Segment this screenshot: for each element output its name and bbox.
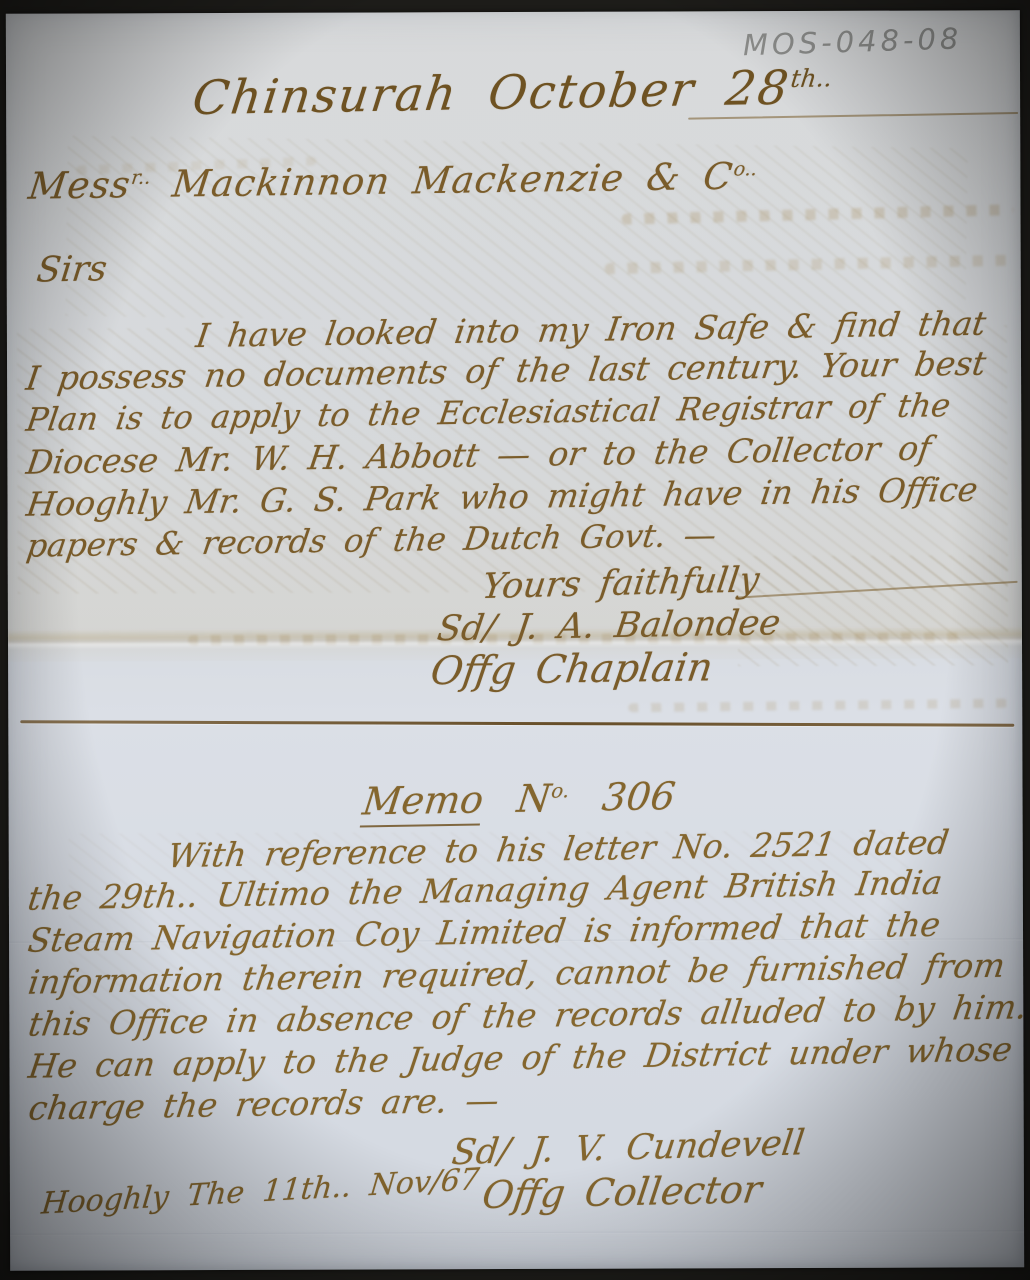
memo-number-text: 306 xyxy=(566,774,678,820)
letter-closing: Yours faithfully xyxy=(480,563,761,605)
memo-signature: Sd/ J. V. Cundevell xyxy=(450,1126,807,1171)
addressee-text: Mackinnon Mackenzie & C xyxy=(147,155,735,206)
addressee-superscript: o.. xyxy=(732,157,758,180)
paper-sheet: MOS-048-08 Chinsurah October 28th.. Mess… xyxy=(6,10,1024,1271)
crease-line xyxy=(10,1230,1024,1236)
memo-number-text: N xyxy=(515,776,554,821)
memo-signature-title: Offg Collector xyxy=(480,1170,764,1214)
letter-salutation: Sirs xyxy=(35,252,109,289)
memo-heading-word: Memo xyxy=(360,777,486,827)
letter-dateline: Chinsurah October 28th.. xyxy=(190,64,834,122)
memo-body-line: charge the records are. — xyxy=(27,1083,501,1124)
letter-body-line: papers & records of the Dutch Govt. — xyxy=(25,519,719,562)
letter-signature: Sd/ J. A. Balondee xyxy=(435,606,783,647)
ghost-bleedthrough-text xyxy=(628,699,1008,713)
archive-code: MOS-048-08 xyxy=(742,21,962,62)
memo-number: No. 306 xyxy=(515,774,678,821)
memo-heading: Memo No. 306 xyxy=(361,777,678,821)
letter-signature-title: Offg Chaplain xyxy=(428,648,715,691)
addressee-text: Mess xyxy=(26,163,133,208)
dateline-superscript: th.. xyxy=(789,63,834,93)
memo-place-date: Hooghly The 11th.. Nov/67 xyxy=(40,1165,481,1220)
dateline-text: Chinsurah October 28 xyxy=(190,61,793,127)
section-divider-rule xyxy=(20,720,1014,726)
